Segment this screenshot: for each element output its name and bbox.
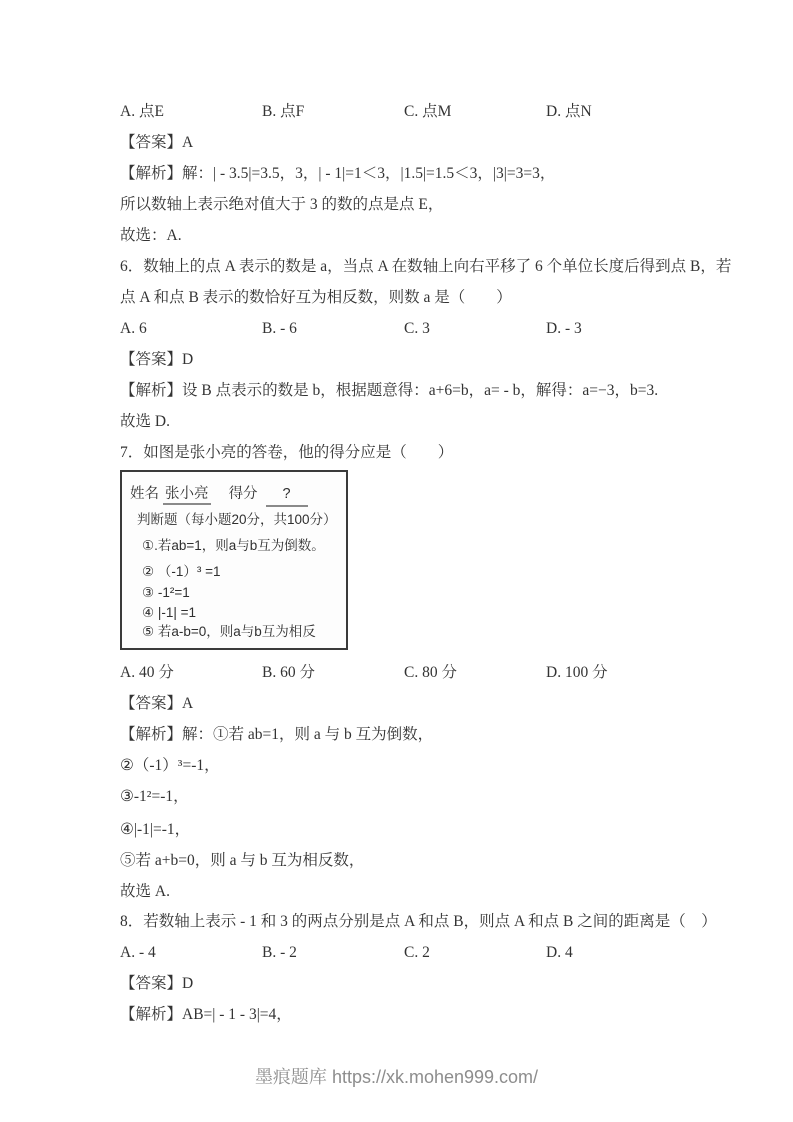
- q7-analysis-line-2: ②（-1）³=-1，: [120, 750, 742, 781]
- q6-options-row: A. 6 B. - 6 C. 3 D. - 3: [120, 313, 742, 344]
- q6-option-d: D. - 3: [546, 313, 742, 344]
- q8-question-text: 8．若数轴上表示 - 1 和 3 的两点分别是点 A 和点 B，则点 A 和点 …: [120, 906, 742, 937]
- q7-question-text: 7．如图是张小亮的答卷，他的得分应是（ ）: [120, 437, 742, 468]
- q6-option-c: C. 3: [404, 313, 546, 344]
- q5-option-d: D. 点N: [546, 96, 742, 127]
- q5-option-b: B. 点F: [262, 96, 404, 127]
- exam-document-page: A. 点E B. 点F C. 点M D. 点N 【答案】A 【解析】解：| - …: [0, 0, 793, 1122]
- site-footer: 墨痕题库 https://xk.mohen999.com/: [0, 1062, 793, 1093]
- sheet-score-value: ?: [266, 484, 308, 507]
- sheet-item-3: ③ -1²=1: [142, 583, 190, 603]
- q7-option-c: C. 80 分: [404, 657, 546, 688]
- q8-option-a: A. - 4: [120, 937, 262, 968]
- q8-option-b: B. - 2: [262, 937, 404, 968]
- q8-answer-line: 【答案】D: [120, 968, 742, 999]
- sheet-item-2: ② （-1）³ =1: [142, 562, 221, 582]
- q8-option-d: D. 4: [546, 937, 742, 968]
- q5-reason-line: 所以数轴上表示绝对值大于 3 的数的点是点 E，: [120, 189, 742, 220]
- q7-option-a: A. 40 分: [120, 657, 262, 688]
- sheet-name-label: 姓名: [130, 486, 159, 502]
- q7-answer-line: 【答案】A: [120, 688, 742, 719]
- q5-option-c: C. 点M: [404, 96, 546, 127]
- answer-sheet-figure: 姓名 张小亮 得分 ? 判断题（每小题20分，共100分） ①.若ab=1，则a…: [120, 470, 348, 650]
- sheet-score-label: 得分: [229, 486, 258, 502]
- q5-conclusion-line: 故选：A.: [120, 220, 742, 251]
- q5-answer-line: 【答案】A: [120, 127, 742, 158]
- q6-analysis-line: 【解析】设 B 点表示的数是 b，根据题意得：a+6=b，a= - b，解得：a…: [120, 375, 742, 406]
- sheet-item-5: ⑤ 若a-b=0，则a与b互为相反: [142, 622, 316, 642]
- sheet-item-4: ④ |-1| =1: [142, 603, 196, 623]
- q5-option-a: A. 点E: [120, 96, 262, 127]
- q7-analysis-line-1: 【解析】解：①若 ab=1，则 a 与 b 互为倒数，: [120, 719, 742, 750]
- q7-option-d: D. 100 分: [546, 657, 742, 688]
- sheet-subtitle: 判断题（每小题20分，共100分）: [137, 510, 337, 530]
- q6-question-text: 6．数轴上的点 A 表示的数是 a，当点 A 在数轴上向右平移了 6 个单位长度…: [120, 251, 742, 313]
- q7-conclusion-line: 故选 A.: [120, 876, 742, 907]
- sheet-name-value: 张小亮: [163, 486, 211, 505]
- q8-analysis-line: 【解析】AB=| - 1 - 3|=4，: [120, 999, 742, 1030]
- q6-option-a: A. 6: [120, 313, 262, 344]
- q7-analysis-line-3: ③-1²=-1，: [120, 781, 742, 812]
- q7-option-b: B. 60 分: [262, 657, 404, 688]
- q5-options-row: A. 点E B. 点F C. 点M D. 点N: [120, 96, 742, 127]
- q5-analysis-line: 【解析】解：| - 3.5|=3.5，3，| - 1|=1＜3，|1.5|=1.…: [120, 158, 742, 189]
- q7-options-row: A. 40 分 B. 60 分 C. 80 分 D. 100 分: [120, 657, 742, 688]
- q6-option-b: B. - 6: [262, 313, 404, 344]
- q6-answer-line: 【答案】D: [120, 344, 742, 375]
- q8-options-row: A. - 4 B. - 2 C. 2 D. 4: [120, 937, 742, 968]
- q7-analysis-line-4: ④|-1|=-1，: [120, 814, 742, 845]
- q6-conclusion-line: 故选 D.: [120, 406, 742, 437]
- sheet-item-1: ①.若ab=1，则a与b互为倒数。: [142, 536, 325, 556]
- q7-analysis-line-5: ⑤若 a+b=0，则 a 与 b 互为相反数，: [120, 845, 742, 876]
- sheet-name-row: 姓名 张小亮 得分 ?: [130, 484, 308, 507]
- q8-option-c: C. 2: [404, 937, 546, 968]
